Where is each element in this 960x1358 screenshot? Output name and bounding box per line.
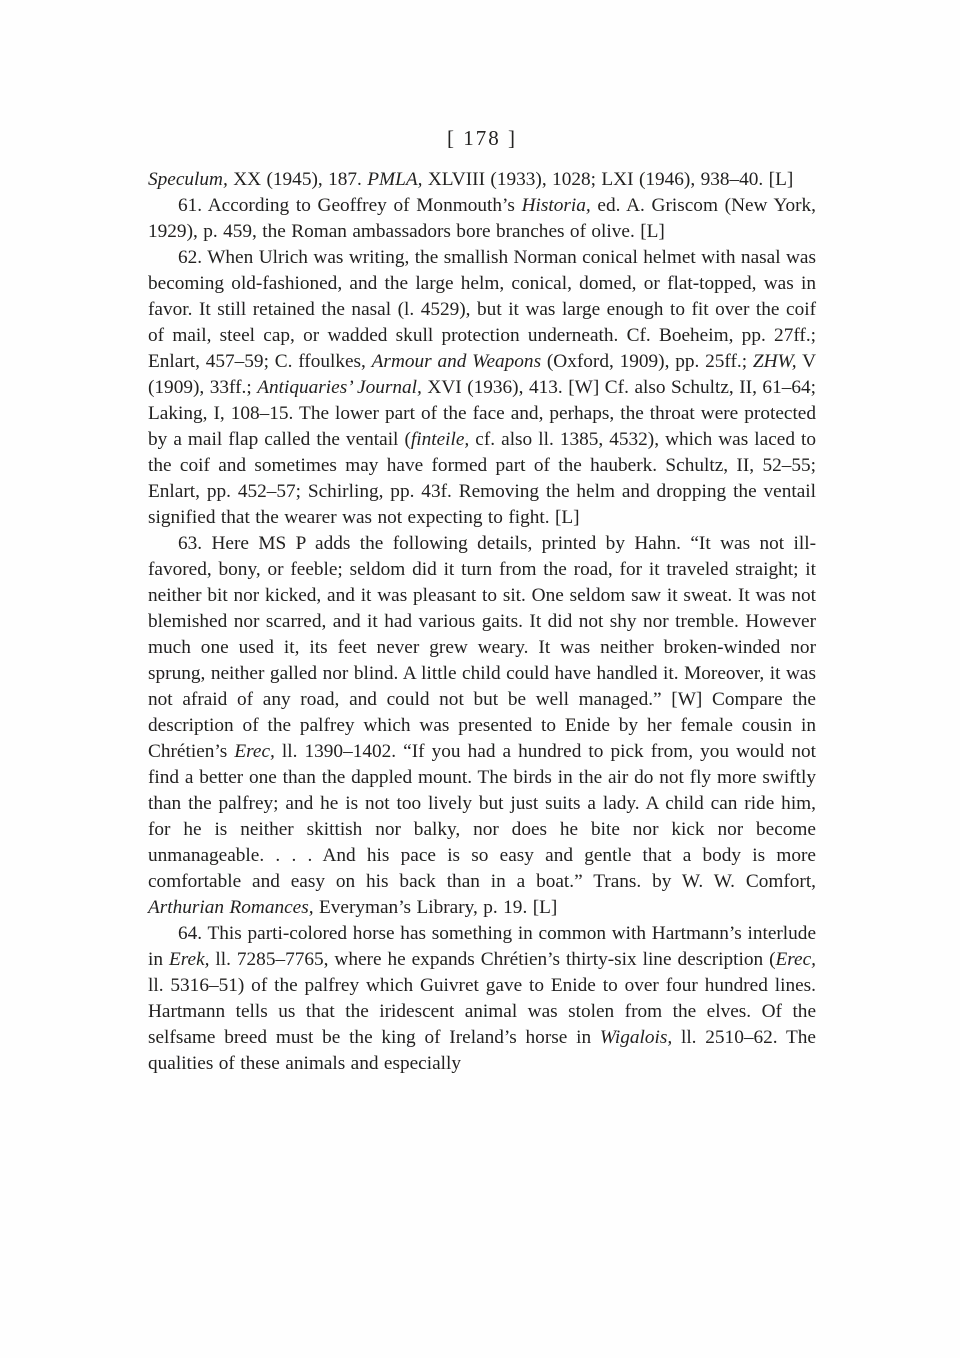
italic-text-segment: Wigalois, [600,1027,672,1048]
italic-text-segment: Erek, [169,949,210,970]
text-segment: XLVIII (1933), 1028; LXI (1946), 938–40.… [422,169,793,190]
italic-text-segment: PMLA, [367,169,422,190]
page-header: [ 178 ] [148,126,816,151]
italic-text-segment: Erec, [234,741,275,762]
italic-text-segment: finteile, [411,429,469,450]
italic-text-segment: ZHW, [753,351,797,372]
paragraph-note-61: 61. According to Geoffrey of Monmouth’s … [148,193,816,245]
italic-text-segment: Speculum, [148,169,228,190]
italic-text-segment: Erec, [775,949,816,970]
text-segment: ll. 1390–1402. “If you had a hundred to … [148,741,816,892]
paragraph-note-63: 63. Here MS P adds the following details… [148,531,816,921]
book-page: [ 178 ] Speculum, XX (1945), 187. PMLA, … [0,0,960,1358]
italic-text-segment: Historia, [522,195,591,216]
page-number: [ 178 ] [447,126,517,150]
italic-text-segment: Antiquaries’ Journal, [257,377,422,398]
text-segment: 61. According to Geoffrey of Monmouth’s [178,195,522,216]
text-segment: Everyman’s Library, p. 19. [L] [314,897,558,918]
text-segment: (Oxford, 1909), pp. 25ff.; [541,351,753,372]
endnotes-text-block: Speculum, XX (1945), 187. PMLA, XLVIII (… [148,167,816,1077]
paragraph-note-62: 62. When Ulrich was writing, the smallis… [148,245,816,531]
text-segment: ll. 7285–7765, where he expands Chrétien… [209,949,775,970]
text-segment: 63. Here MS P adds the following details… [148,533,816,762]
italic-text-segment: Arthurian Romances, [148,897,314,918]
text-segment: XX (1945), 187. [228,169,368,190]
italic-text-segment: Armour and Weapons [372,351,541,372]
paragraph-note-64: 64. This parti-colored horse has somethi… [148,921,816,1077]
paragraph-note-60-continuation: Speculum, XX (1945), 187. PMLA, XLVIII (… [148,167,816,193]
